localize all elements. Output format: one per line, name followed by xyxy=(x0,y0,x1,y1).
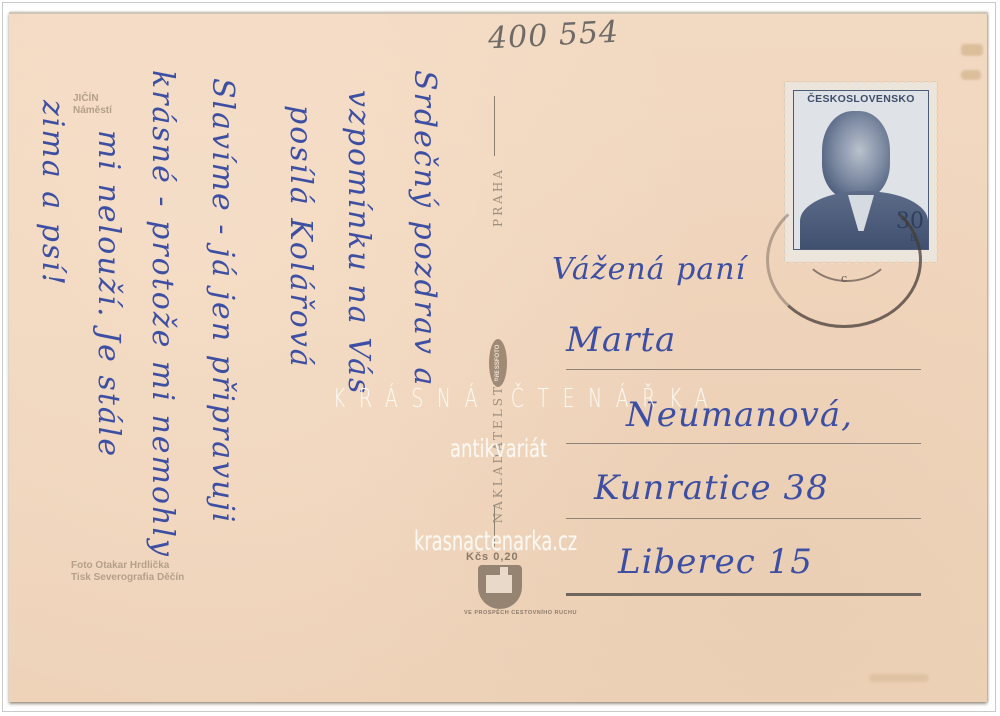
message-line: mi nelouží. Je stále xyxy=(91,130,126,458)
postmark-letter: c xyxy=(841,272,847,285)
message-line: krásné - protože mi nemohly xyxy=(145,70,180,558)
watermark-subtitle: antikvariát xyxy=(450,434,547,463)
stain xyxy=(961,44,983,56)
photo-caption: JIČÍN Náměstí xyxy=(73,93,112,117)
address-name: Marta xyxy=(566,320,676,360)
watermark-title: KRÁSNÁ ČTENÁŘKA xyxy=(333,384,721,414)
address-rule xyxy=(566,593,921,596)
stain xyxy=(961,70,981,80)
stamp-country: ČESKOSLOVENSKO xyxy=(794,93,928,105)
message-line: Srdečný pozdrav a xyxy=(407,70,442,387)
watermark-url: krasnactenarka.cz xyxy=(414,526,577,557)
publisher-imprint: PRAHA PRESSFOTO NAKLADATELSTVÍ xyxy=(488,95,508,540)
address-street: Kunratice 38 xyxy=(594,468,829,508)
caption-place: Náměstí xyxy=(73,105,112,117)
address-rule xyxy=(566,369,921,370)
postmark-inner-ring xyxy=(800,208,894,282)
message-line: posílá Kolářová xyxy=(283,105,318,369)
ship-emblem-icon xyxy=(478,565,522,609)
publisher-city: PRAHA xyxy=(491,167,505,227)
credit-photo: Foto Otakar Hrdlička xyxy=(71,560,184,572)
print-credits: Foto Otakar Hrdlička Tisk Severografia D… xyxy=(71,560,184,584)
stain xyxy=(869,674,929,682)
credit-print: Tisk Severografia Děčín xyxy=(71,572,184,584)
message-line: Slavíme - já jen připravuji xyxy=(205,78,240,524)
price-mark: Kčs 0,20 VE PROSPĚCH CESTOVNÍHO RUCHU xyxy=(452,548,552,638)
archive-number: 400 554 xyxy=(487,15,620,57)
message-line: zima a psí! xyxy=(35,100,70,287)
message-line: vzpomínku na Vás xyxy=(341,90,376,395)
caption-city: JIČÍN xyxy=(73,93,112,105)
address-rule xyxy=(566,443,921,444)
address-salutation: Vážená paní xyxy=(552,252,746,287)
address-city: Liberec 15 xyxy=(618,542,813,582)
price-slogan: VE PROSPĚCH CESTOVNÍHO RUCHU xyxy=(464,610,577,616)
address-rule xyxy=(566,518,921,519)
